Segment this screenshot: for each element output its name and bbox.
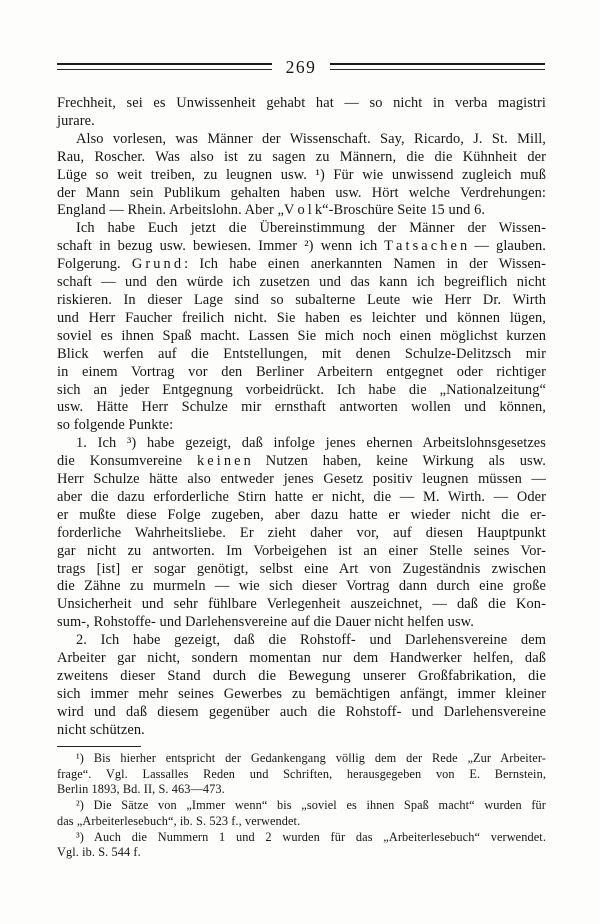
text-line: Herr Schulze hätte also entweder jenes G… <box>57 471 546 489</box>
footnote-item: ³) Auch die Nummern 1 und 2 wurden für d… <box>57 830 546 861</box>
text-line: Blick werfen auf die Entstellungen, mit … <box>57 346 546 364</box>
text-line: forderliche Wahrheitsliebe. Er zieht dah… <box>57 525 546 543</box>
text-line: 1. Ich ³) habe gezeigt, daß infolge jene… <box>57 435 546 453</box>
text-line: sich immer mehr seines Gewerbes zu bemäc… <box>57 686 546 704</box>
text-line: aber die dazu erforderliche Stirn hatte … <box>57 489 546 507</box>
text-line: die Konsumvereine k e i n e n Nutzen hab… <box>57 453 546 471</box>
text-line: ²) Die Sätze von „Immer wenn“ bis „sovie… <box>57 798 546 814</box>
text-line: in einem Vortrag vor den Berliner Arbeit… <box>57 364 546 382</box>
text-line: nicht schützen. <box>57 722 546 740</box>
header-rule-left <box>57 63 272 70</box>
text-line: und Herr Faucher freilich nicht. Sie hab… <box>57 310 546 328</box>
text-line: trags [ist] er sogar genötigt, selbst ei… <box>57 561 546 579</box>
text-line: schaft in bezug usw. bewiesen. Immer ²) … <box>57 238 546 256</box>
header-rule-right <box>330 63 545 70</box>
text-line: sum-, Rohstoffe- und Darlehensvereine au… <box>57 614 546 632</box>
text-line: jurare. <box>57 113 546 131</box>
text-line: soviel es ihnen Spaß macht. Lassen Sie m… <box>57 328 546 346</box>
paragraph: Also vorlesen, was Männer der Wissenscha… <box>57 131 546 221</box>
text-line: Ich habe Euch jetzt die Übereinstimmung … <box>57 220 546 238</box>
text-line: usw. Hätte Herr Schulze mir ernsthaft an… <box>57 399 546 417</box>
footnotes: ¹) Bis hierher entspricht der Gedankenga… <box>57 751 546 861</box>
text-line: riskieren. In dieser Lage sind so subalt… <box>57 292 546 310</box>
text-line: ¹) Bis hierher entspricht der Gedankenga… <box>57 751 546 767</box>
footnote-item: ²) Die Sätze von „Immer wenn“ bis „sovie… <box>57 798 546 829</box>
text-line: 2. Ich habe gezeigt, daß die Rohstoff- u… <box>57 632 546 650</box>
book-page: 269 Frechheit, sei es Unwissenheit gehab… <box>0 0 600 924</box>
footnote-separator <box>57 746 141 747</box>
text-line: schaft — und den würde ich zusetzen und … <box>57 274 546 292</box>
text-line: Vgl. ib. S. 544 f. <box>57 845 546 861</box>
text-line: England — Rhein. Arbeitslohn. Aber „V o … <box>57 202 546 220</box>
text-line: so folgende Punkte: <box>57 417 546 435</box>
text-line: das „Arbeiterlesebuch“, ib. S. 523 f., v… <box>57 814 546 830</box>
text-line: Frechheit, sei es Unwissenheit gehabt ha… <box>57 95 546 113</box>
text-line: sich an jeder Entgegnung vorbeidrückt. I… <box>57 382 546 400</box>
text-line: der Mann sein Publikum gehalten haben us… <box>57 185 546 203</box>
text-line: frage“. Vgl. Lassalles Reden und Schrift… <box>57 767 546 783</box>
text-line: er mußte diese Folge zugeben, aber dazu … <box>57 507 546 525</box>
text-line: zweitens dieser Stand durch die Bewegung… <box>57 668 546 686</box>
body-text: Frechheit, sei es Unwissenheit gehabt ha… <box>57 95 546 740</box>
text-line: Unsicherheit und sehr fühlbare Verlegenh… <box>57 596 546 614</box>
text-line: ³) Auch die Nummern 1 und 2 wurden für d… <box>57 830 546 846</box>
text-line: Arbeiter gar nicht, sondern momentan nur… <box>57 650 546 668</box>
text-line: Rau, Roscher. Was also ist zu sagen zu M… <box>57 149 546 167</box>
page-header: 269 <box>57 58 545 75</box>
paragraph: Frechheit, sei es Unwissenheit gehabt ha… <box>57 95 546 131</box>
paragraph: 2. Ich habe gezeigt, daß die Rohstoff- u… <box>57 632 546 739</box>
page-number: 269 <box>272 59 331 76</box>
paragraph: Ich habe Euch jetzt die Übereinstimmung … <box>57 220 546 435</box>
text-line: die Zähne zu murmeln — wie sich dieser V… <box>57 578 546 596</box>
footnote-item: ¹) Bis hierher entspricht der Gedankenga… <box>57 751 546 798</box>
text-line: gar nicht zu antworten. Im Vorbeigehen i… <box>57 543 546 561</box>
text-line: Lüge so weit treiben, zu leugnen usw. ¹)… <box>57 167 546 185</box>
text-line: wird und daß diesem gegenüber auch die R… <box>57 704 546 722</box>
text-line: Also vorlesen, was Männer der Wissenscha… <box>57 131 546 149</box>
text-line: Berlin 1893, Bd. II, S. 463—473. <box>57 782 546 798</box>
text-line: Folgerung. G r u n d : Ich habe einen an… <box>57 256 546 274</box>
paragraph: 1. Ich ³) habe gezeigt, daß infolge jene… <box>57 435 546 632</box>
